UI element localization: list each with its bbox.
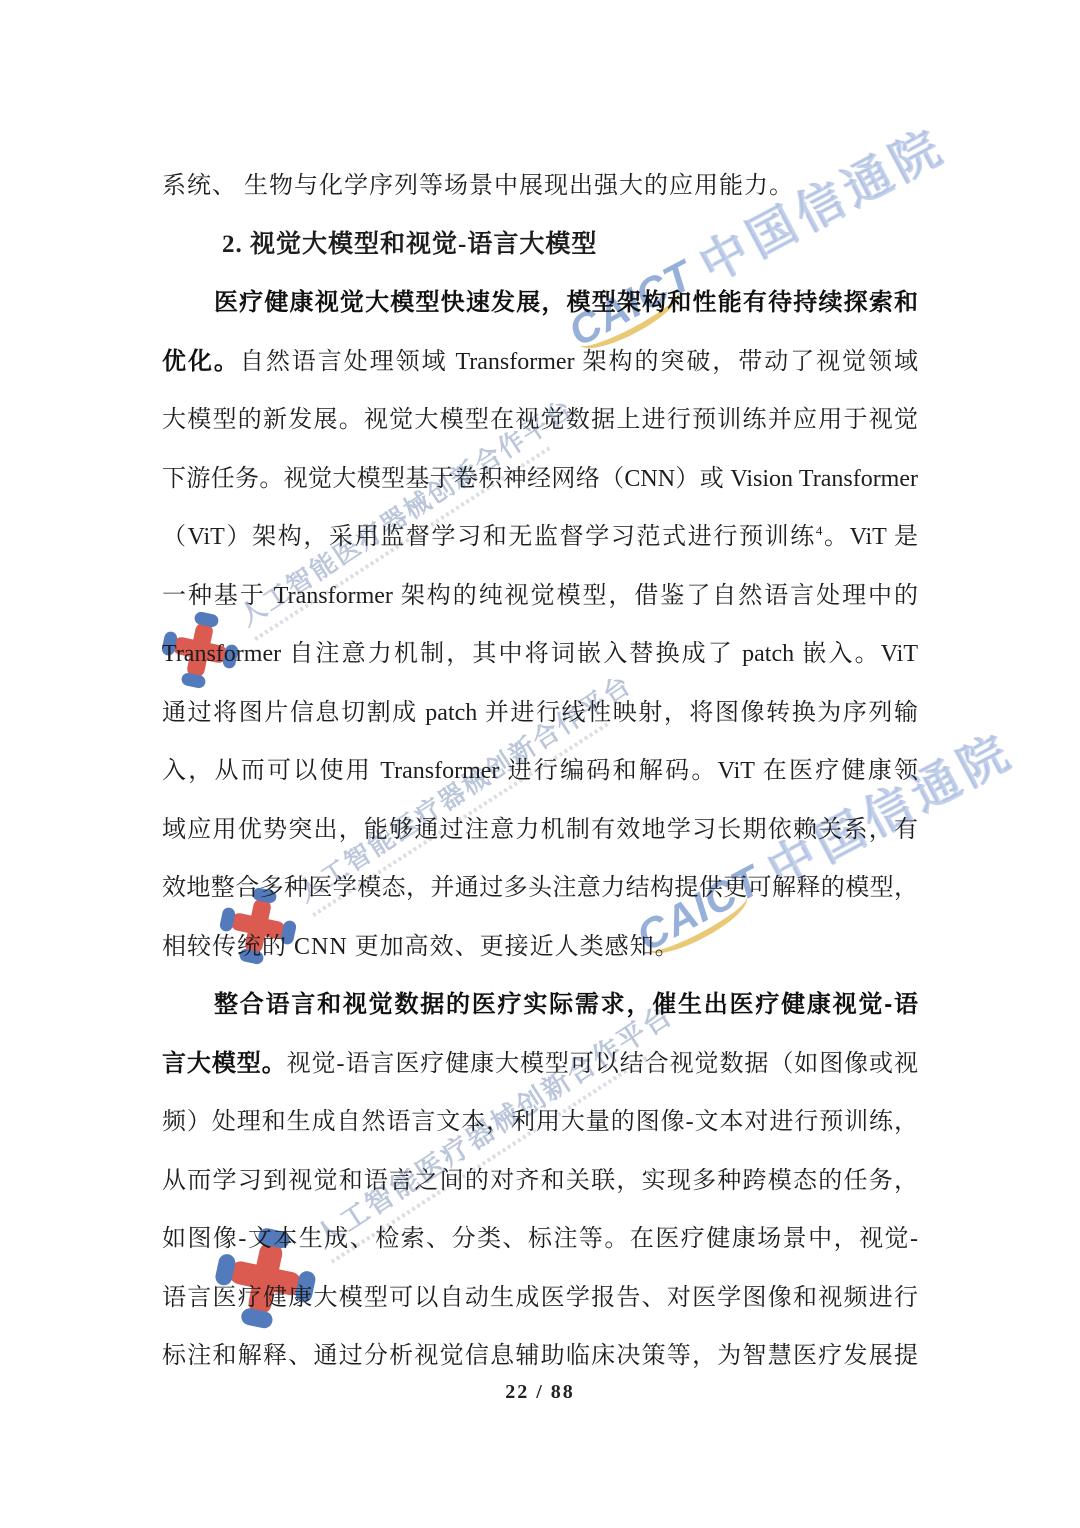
body-line: 从而学习到视觉和语言之间的对齐和关联，实现多种跨模态的任务，	[162, 1152, 918, 1211]
document-body: 系统、 生物与化学序列等场景中展现出强大的应用能力。2. 视觉大模型和视觉-语言…	[162, 157, 918, 1386]
body-line: 入，从而可以使用 Transformer 进行编码和解码。ViT 在医疗健康领	[162, 742, 918, 801]
body-line: 通过将图片信息切割成 patch 并进行线性映射，将图像转换为序列输	[162, 684, 918, 743]
body-line: 相较传统的 CNN 更加高效、更接近人类感知。	[162, 918, 918, 977]
body-line: 语言医疗健康大模型可以自动生成医学报告、对医学图像和视频进行	[162, 1269, 918, 1328]
body-line: Transformer 自注意力机制，其中将词嵌入替换成了 patch 嵌入。V…	[162, 625, 918, 684]
body-line: 频）处理和生成自然语言文本，利用大量的图像-文本对进行预训练，	[162, 1093, 918, 1152]
body-line: 系统、 生物与化学序列等场景中展现出强大的应用能力。	[162, 157, 918, 216]
body-line: 下游任务。视觉大模型基于卷积神经网络（CNN）或 Vision Transfor…	[162, 450, 918, 509]
section-heading: 2. 视觉大模型和视觉-语言大模型	[162, 216, 918, 275]
document-page: CAICT 中国信通院 CAICT 中国信通院	[0, 0, 1080, 1528]
body-line: 优化。自然语言处理领域 Transformer 架构的突破，带动了视觉领域	[162, 333, 918, 392]
body-line: 大模型的新发展。视觉大模型在视觉数据上进行预训练并应用于视觉	[162, 391, 918, 450]
body-line: 一种基于 Transformer 架构的纯视觉模型，借鉴了自然语言处理中的	[162, 567, 918, 626]
body-line: 如图像-文本生成、检索、分类、标注等。在医疗健康场景中，视觉-	[162, 1210, 918, 1269]
text-flow: 系统、 生物与化学序列等场景中展现出强大的应用能力。2. 视觉大模型和视觉-语言…	[162, 157, 918, 1386]
body-line: 效地整合多种医学模态，并通过多头注意力结构提供更可解释的模型，	[162, 859, 918, 918]
page-number: 22 / 88	[0, 1372, 1080, 1412]
body-line: 整合语言和视觉数据的医疗实际需求，催生出医疗健康视觉-语	[162, 976, 918, 1035]
body-line: 域应用优势突出，能够通过注意力机制有效地学习长期依赖关系，有	[162, 801, 918, 860]
body-line: （ViT）架构，采用监督学习和无监督学习范式进行预训练4。ViT 是	[162, 508, 918, 567]
body-line: 言大模型。视觉-语言医疗健康大模型可以结合视觉数据（如图像或视	[162, 1035, 918, 1094]
body-line: 医疗健康视觉大模型快速发展，模型架构和性能有待持续探索和	[162, 274, 918, 333]
